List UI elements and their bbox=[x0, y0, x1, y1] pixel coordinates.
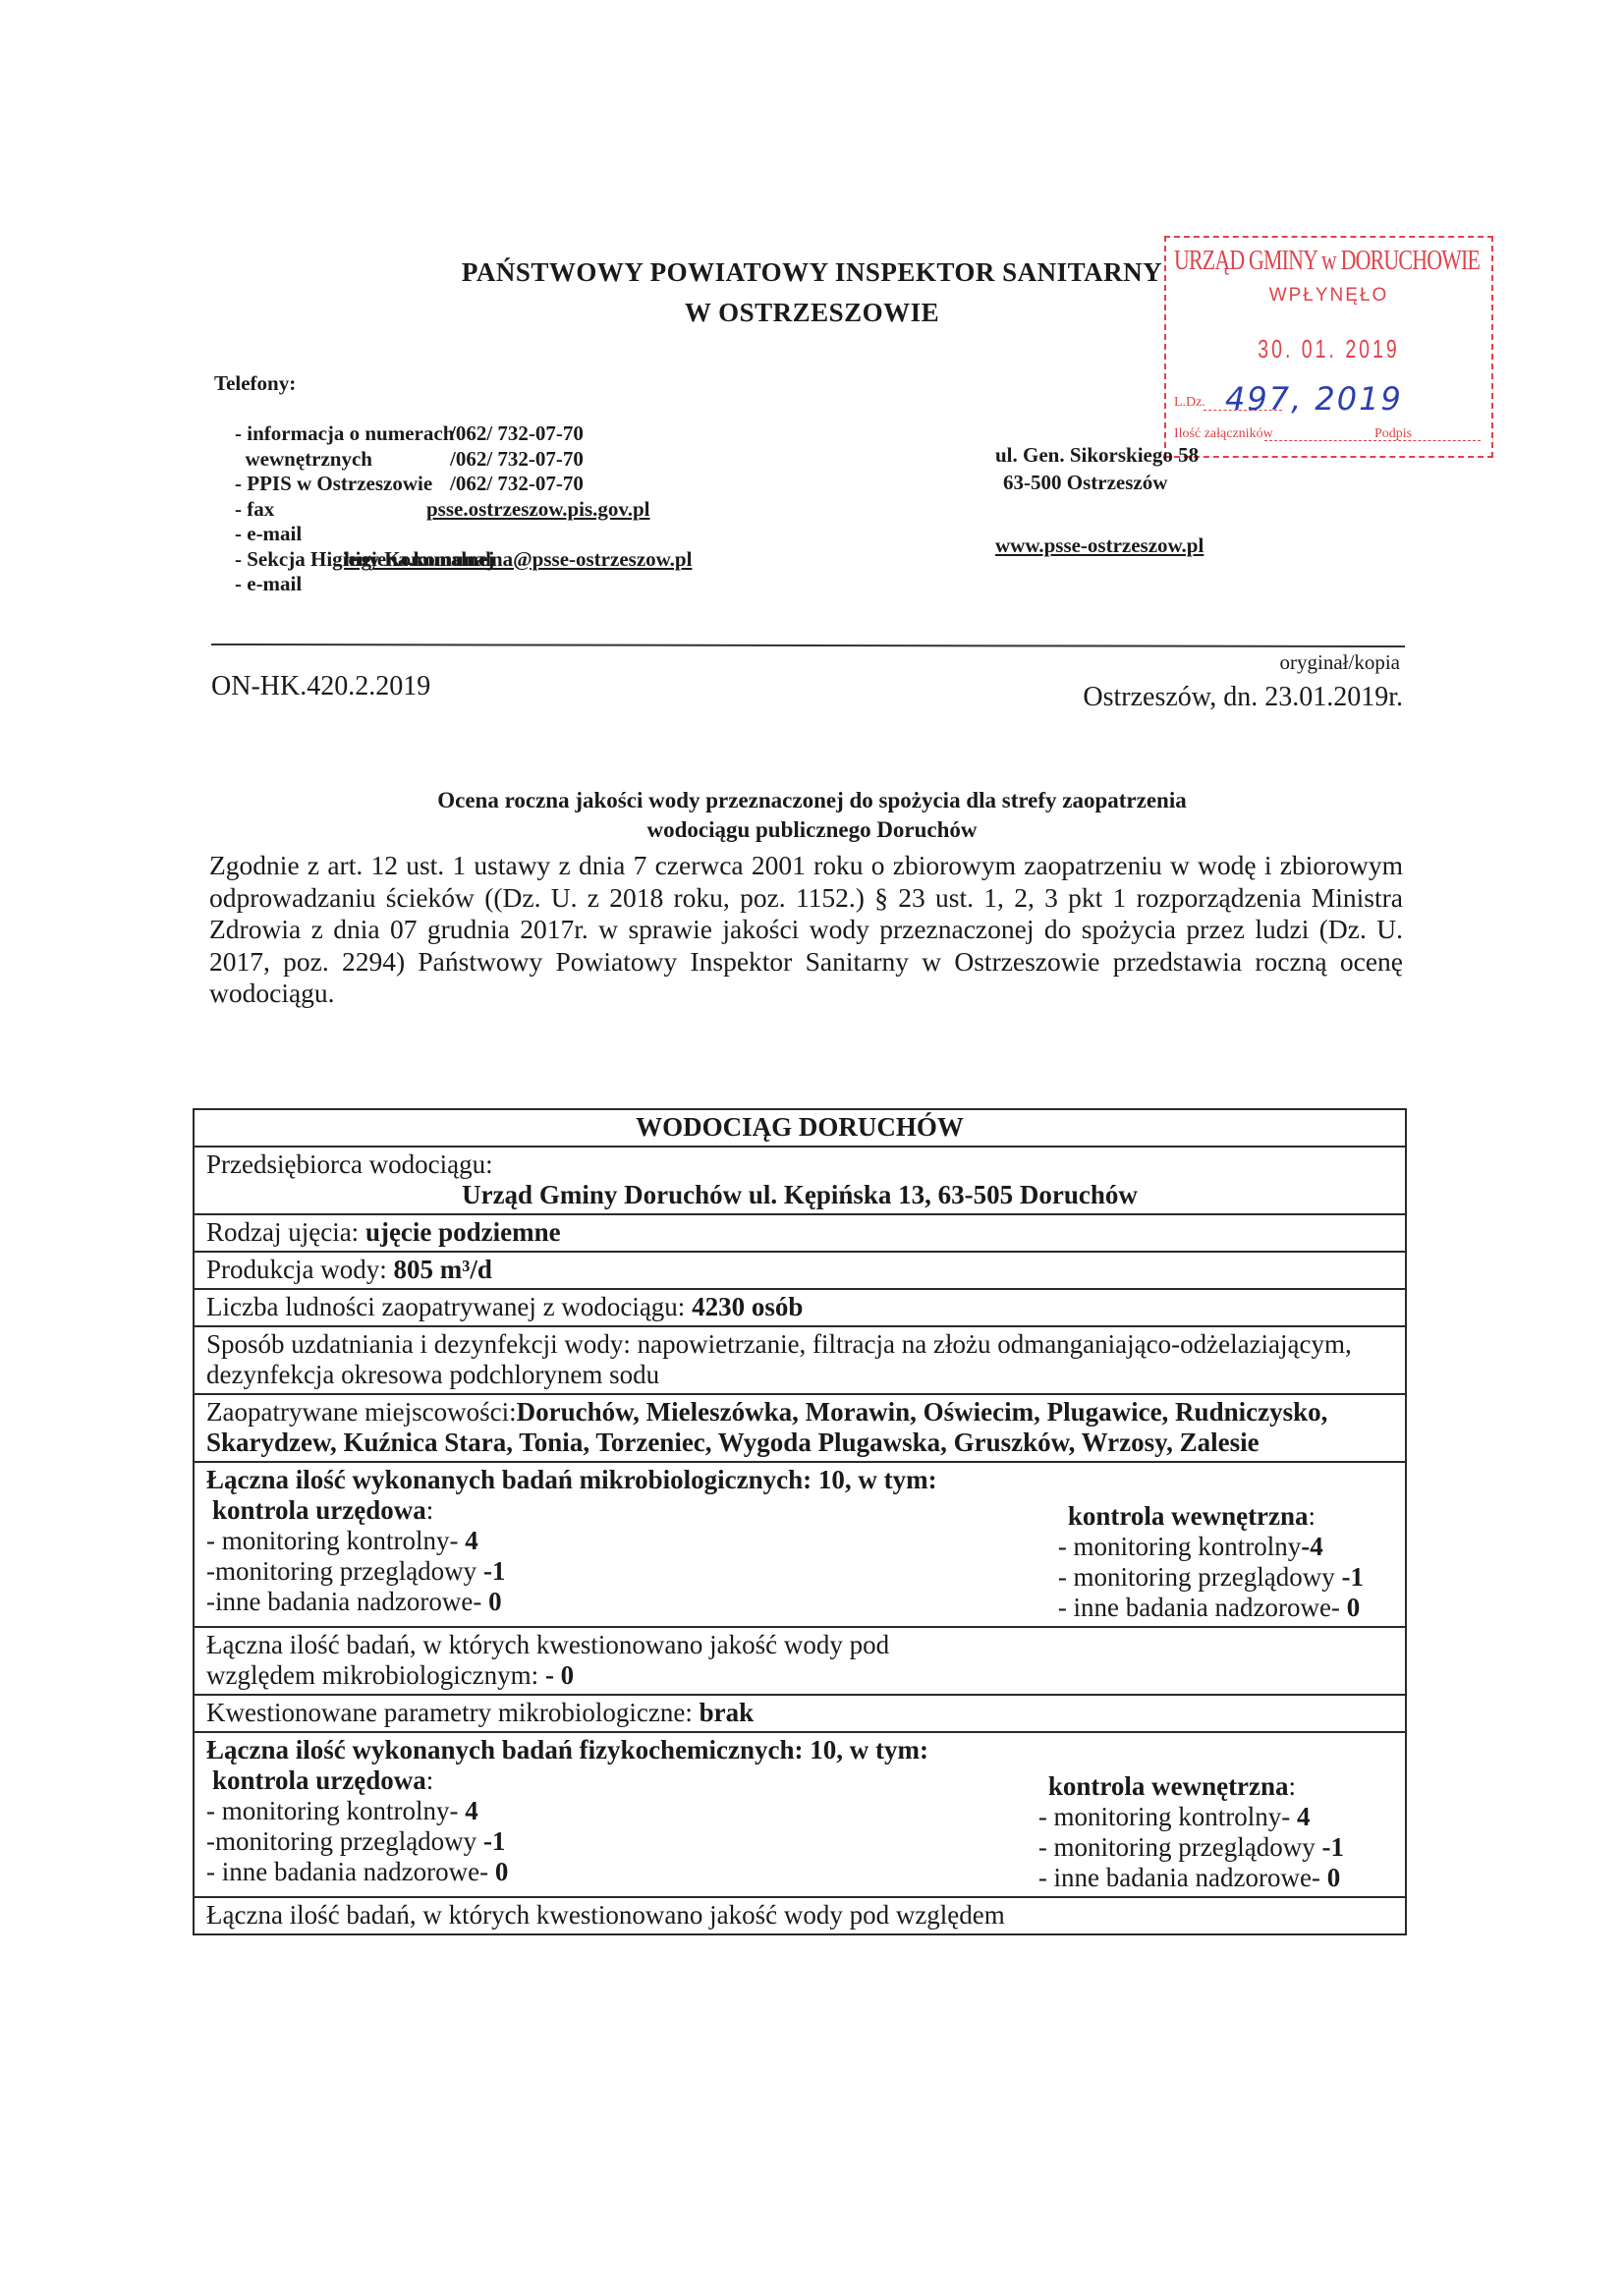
table-row: Łączna ilość wykonanych badań mikrobiolo… bbox=[194, 1462, 1406, 1627]
header-divider bbox=[211, 644, 1405, 647]
contact-phone: /062/ 732-07-70 bbox=[450, 421, 584, 447]
contact-row: - e-mail higiena.komunalna@psse-ostrzesz… bbox=[214, 547, 494, 573]
contacts-block: Telefony: - informacja o numerach wewnęt… bbox=[214, 371, 494, 572]
micro-internal: kontrola wewnętrzna: - monitoring kontro… bbox=[1058, 1495, 1364, 1623]
micro-official-value: 4 bbox=[465, 1526, 478, 1555]
population-label: Liczba ludności zaopatrywanej z wodociąg… bbox=[206, 1292, 692, 1321]
address-street: ul. Gen. Sikorskiego 58 bbox=[995, 441, 1199, 469]
treatment-cell: Sposób uzdatniania i dezynfekcji wody: n… bbox=[194, 1326, 1406, 1394]
micro-official-label: - monitoring kontrolny- bbox=[206, 1526, 465, 1555]
micro-internal-value: 0 bbox=[1347, 1593, 1361, 1622]
micro-official-label: -inne badania nadzorowe- bbox=[206, 1587, 488, 1616]
production-label: Produkcja wody: bbox=[206, 1255, 393, 1284]
contact-row: - e-mail psse.ostrzeszow.pis.gov.pl bbox=[214, 497, 494, 523]
contact-row: - PPIS w Ostrzeszowie /062/ 732-07-70 bbox=[214, 447, 494, 473]
micro-official-value: -1 bbox=[483, 1556, 506, 1586]
physchem-internal-label: - inne badania nadzorowe- bbox=[1038, 1863, 1327, 1892]
table-row: Łączna ilość badań, w których kwestionow… bbox=[194, 1897, 1406, 1934]
received-stamp: URZĄD GMINY w DORUCHOWIE WPŁYNĘŁO 30. 01… bbox=[1164, 236, 1493, 458]
contacts-heading: Telefony: bbox=[214, 371, 494, 397]
waterworks-table: WODOCIĄG DORUCHÓW Przedsiębiorca wodocią… bbox=[193, 1108, 1407, 1935]
document-title-line1: Ocena roczna jakości wody przeznaczonej … bbox=[0, 786, 1624, 815]
contact-row: - Sekcja Higieny Komunalnej bbox=[214, 522, 494, 547]
physchem-official-label: - inne badania nadzorowe- bbox=[206, 1857, 495, 1886]
physchem-internal-value: 0 bbox=[1327, 1863, 1341, 1892]
physchem-official-value: 0 bbox=[495, 1857, 509, 1886]
micro-questioned-value: - 0 bbox=[545, 1660, 574, 1690]
document-title-line2: wodociągu publicznego Doruchów bbox=[0, 815, 1624, 845]
contact-row: wewnętrznych /062/ 732-07-70 bbox=[214, 421, 494, 447]
operator-cell: Przedsiębiorca wodociągu: Urząd Gminy Do… bbox=[194, 1147, 1406, 1214]
micro-official-heading: kontrola urzędowa bbox=[212, 1495, 426, 1525]
physchem-official-value: -1 bbox=[483, 1826, 506, 1856]
contact-fax: /062/ 732-07-70 bbox=[450, 472, 584, 497]
physchem-questioned-cell: Łączna ilość badań, w których kwestionow… bbox=[194, 1897, 1406, 1934]
table-row: Sposób uzdatniania i dezynfekcji wody: n… bbox=[194, 1326, 1406, 1394]
physchem-tests-cell: Łączna ilość wykonanych badań fizykochem… bbox=[194, 1732, 1406, 1897]
production-value: 805 m³/d bbox=[393, 1255, 491, 1284]
table-row: Łączna ilość badań, w których kwestionow… bbox=[194, 1627, 1406, 1695]
stamp-date: 30. 01. 2019 bbox=[1206, 334, 1450, 364]
micro-internal-label: - monitoring przeglądowy bbox=[1058, 1562, 1342, 1592]
micro-questioned-cell: Łączna ilość badań, w których kwestionow… bbox=[194, 1627, 1406, 1695]
table-row: Łączna ilość wykonanych badań fizykochem… bbox=[194, 1732, 1406, 1897]
copy-type: oryginał/kopia bbox=[1280, 650, 1400, 675]
population-value: 4230 osób bbox=[692, 1292, 803, 1321]
micro-official-value: 0 bbox=[488, 1587, 502, 1616]
physchem-internal-label: - monitoring przeglądowy bbox=[1038, 1832, 1322, 1862]
contact-phone: /062/ 732-07-70 bbox=[450, 447, 584, 473]
micro-official-label: -monitoring przeglądowy bbox=[206, 1556, 483, 1586]
physchem-official-label: -monitoring przeglądowy bbox=[206, 1826, 483, 1856]
physchem-internal: kontrola wewnętrzna: - monitoring kontro… bbox=[1038, 1765, 1344, 1893]
micro-params-label: Kwestionowane parametry mikrobiologiczne… bbox=[206, 1698, 700, 1727]
table-row: Liczba ludności zaopatrywanej z wodociąg… bbox=[194, 1289, 1406, 1326]
stamp-received: WPŁYNĘŁO bbox=[1166, 285, 1491, 307]
physchem-breakdown: kontrola urzędowa: - monitoring kontroln… bbox=[206, 1765, 1393, 1893]
physchem-internal-label: - monitoring kontrolny- bbox=[1038, 1802, 1297, 1831]
table-row: Zaopatrywane miejscowości:Doruchów, Miel… bbox=[194, 1394, 1406, 1462]
contact-label: - e-mail bbox=[235, 572, 302, 595]
operator-label: Przedsiębiorca wodociągu: bbox=[206, 1149, 1393, 1180]
micro-internal-label: - inne badania nadzorowe- bbox=[1058, 1593, 1347, 1622]
table-row: WODOCIĄG DORUCHÓW bbox=[194, 1109, 1406, 1147]
intake-label: Rodzaj ujęcia: bbox=[206, 1217, 365, 1247]
intake-cell: Rodzaj ujęcia: ujęcie podziemne bbox=[194, 1214, 1406, 1252]
stamp-signature-line bbox=[1264, 440, 1481, 441]
physchem-official-value: 4 bbox=[465, 1796, 478, 1825]
micro-total: Łączna ilość wykonanych badań mikrobiolo… bbox=[206, 1465, 1393, 1495]
micro-params-cell: Kwestionowane parametry mikrobiologiczne… bbox=[194, 1695, 1406, 1732]
table-title: WODOCIĄG DORUCHÓW bbox=[194, 1109, 1406, 1147]
operator-value: Urząd Gminy Doruchów ul. Kępińska 13, 63… bbox=[206, 1180, 1393, 1210]
localities-cell: Zaopatrywane miejscowości:Doruchów, Miel… bbox=[194, 1394, 1406, 1462]
physchem-official-heading: kontrola urzędowa bbox=[212, 1765, 426, 1795]
physchem-official: kontrola urzędowa: - monitoring kontroln… bbox=[206, 1765, 508, 1893]
stamp-office: URZĄD GMINY w DORUCHOWIE bbox=[1174, 246, 1480, 277]
intake-value: ujęcie podziemne bbox=[365, 1217, 561, 1247]
table-row: Kwestionowane parametry mikrobiologiczne… bbox=[194, 1695, 1406, 1732]
address-block: ul. Gen. Sikorskiego 58 63-500 Ostrzeszó… bbox=[995, 441, 1199, 496]
table-row: Rodzaj ujęcia: ujęcie podziemne bbox=[194, 1214, 1406, 1252]
table-row: Przedsiębiorca wodociągu: Urząd Gminy Do… bbox=[194, 1147, 1406, 1214]
contact-email-link[interactable]: higiena.komunalna@psse-ostrzeszow.pl bbox=[344, 547, 692, 573]
website-link[interactable]: www.psse-ostrzeszow.pl bbox=[995, 533, 1204, 558]
physchem-internal-value: -1 bbox=[1322, 1832, 1345, 1862]
micro-params-value: brak bbox=[700, 1698, 755, 1727]
micro-internal-value: -4 bbox=[1301, 1532, 1323, 1561]
physchem-total: Łączna ilość wykonanych badań fizykochem… bbox=[206, 1735, 1393, 1765]
physchem-internal-value: 4 bbox=[1297, 1802, 1311, 1831]
contact-email-link[interactable]: psse.ostrzeszow.pis.gov.pl bbox=[426, 497, 650, 523]
address-city: 63-500 Ostrzeszów bbox=[995, 469, 1199, 496]
contact-row: - informacja o numerach bbox=[214, 397, 494, 422]
micro-official: kontrola urzędowa: - monitoring kontroln… bbox=[206, 1495, 505, 1623]
production-cell: Produkcja wody: 805 m³/d bbox=[194, 1252, 1406, 1289]
stamp-ldz-label: L.Dz. bbox=[1174, 395, 1205, 411]
place-date: Ostrzeszów, dn. 23.01.2019r. bbox=[1083, 682, 1403, 713]
physchem-official-label: - monitoring kontrolny- bbox=[206, 1796, 465, 1825]
document-title: Ocena roczna jakości wody przeznaczonej … bbox=[0, 786, 1624, 845]
localities-label: Zaopatrywane miejscowości: bbox=[206, 1397, 517, 1427]
contact-row: - fax /062/ 732-07-70 bbox=[214, 472, 494, 497]
micro-internal-value: -1 bbox=[1342, 1562, 1365, 1592]
stamp-ldz-handwritten: 497, 2019 bbox=[1225, 380, 1403, 418]
micro-tests-cell: Łączna ilość wykonanych badań mikrobiolo… bbox=[194, 1462, 1406, 1627]
stamp-attachments-label: Ilość załączników bbox=[1174, 426, 1273, 442]
table-row: Produkcja wody: 805 m³/d bbox=[194, 1252, 1406, 1289]
micro-internal-label: - monitoring kontrolny bbox=[1058, 1532, 1301, 1561]
micro-breakdown: kontrola urzędowa: - monitoring kontroln… bbox=[206, 1495, 1393, 1623]
case-signature: ON-HK.420.2.2019 bbox=[211, 671, 430, 702]
intro-paragraph: Zgodnie z art. 12 ust. 1 ustawy z dnia 7… bbox=[209, 850, 1403, 1010]
micro-internal-heading: kontrola wewnętrzna bbox=[1068, 1501, 1309, 1531]
physchem-internal-heading: kontrola wewnętrzna bbox=[1048, 1771, 1289, 1801]
population-cell: Liczba ludności zaopatrywanej z wodociąg… bbox=[194, 1289, 1406, 1326]
